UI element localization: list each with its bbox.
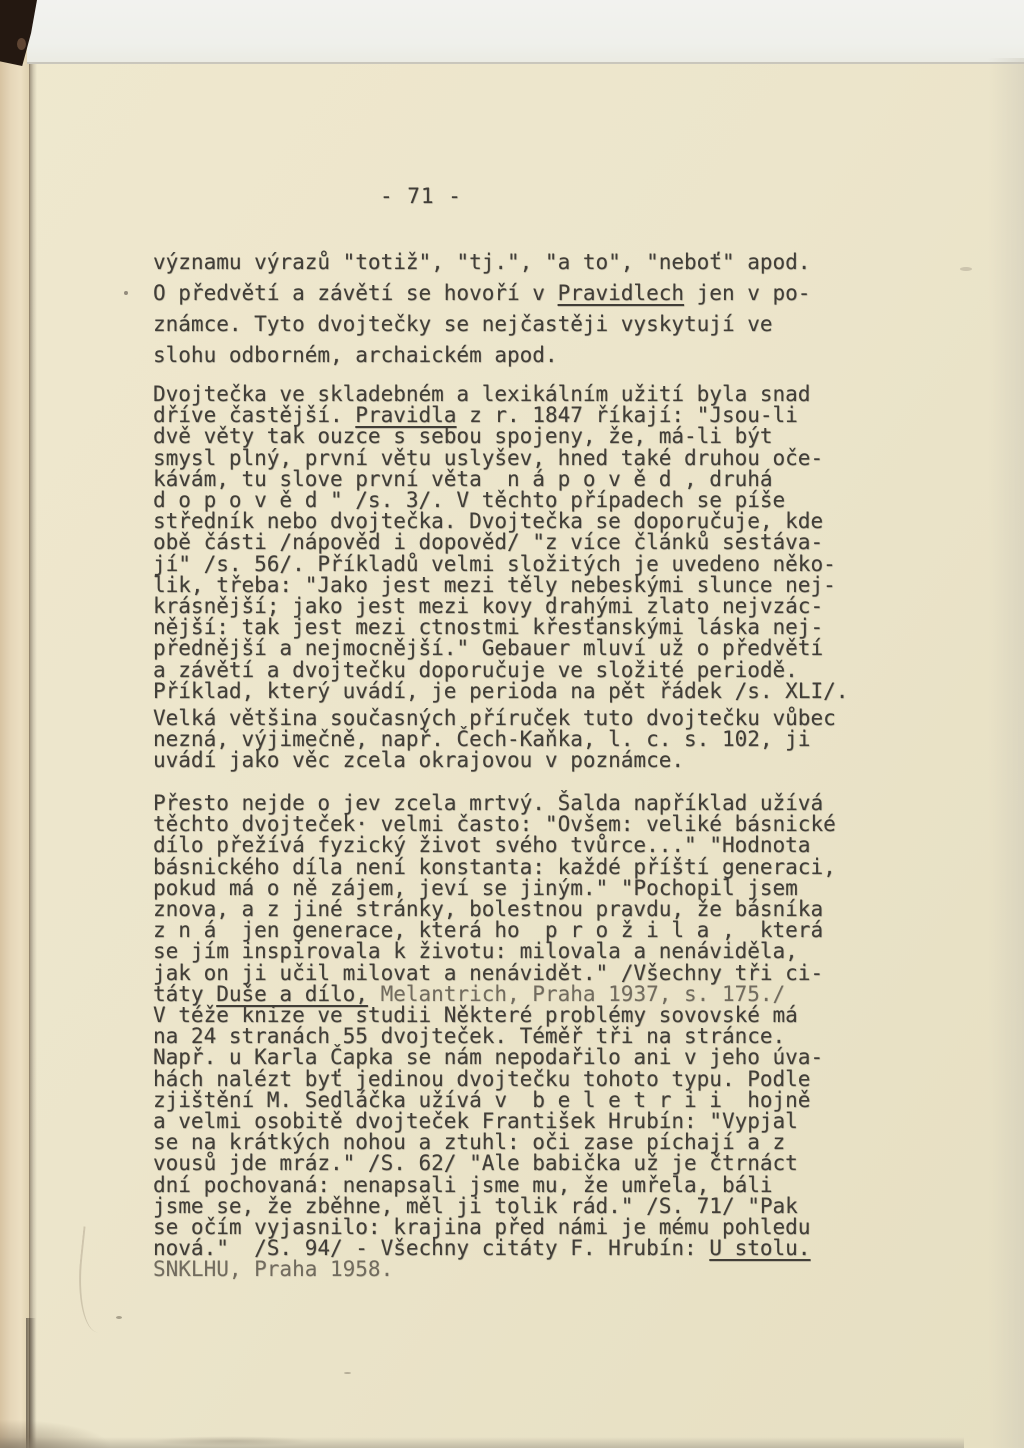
page-number: - 71 - [380,184,462,208]
text-line: přednější a nejmocnější." Gebauer mluví … [153,638,848,659]
corner-paper-speck [17,38,26,50]
text-line: pokud má o ně zájem, jeví se jiným." "Po… [153,878,836,899]
page-bottom-left-corner-shadow [0,1420,110,1448]
paragraph-history-pravidla-1847: Dvojtečka ve skladebném a lexikálním uži… [153,384,848,702]
text-line: Příklad, který uvádí, je perioda na pět … [153,681,848,702]
text-line: obě části /nápověd i dopověd/ "z více čl… [153,532,848,553]
text-line: SNKLHU, Praha 1958. [153,1259,836,1280]
underlined-text: U stolu. [709,1236,810,1260]
text-line: a závětí a dvojtečku doporučuje ve složi… [153,660,848,681]
text-line: dní pochovaná: nenapsali jsme mu, že umř… [153,1175,836,1196]
ink-speck [344,1372,351,1374]
page-gutter-shadow [29,0,37,1448]
text-line: lik, třeba: "Jako jest mezi těly nebeský… [153,575,848,596]
text-line: vousů jde mráz." /S. 62/ "Ale babička už… [153,1153,836,1174]
text-line: jí" /s. 56/. Příkladů velmi složitých je… [153,554,848,575]
text-line: slohu odborném, archaickém apod. [153,340,810,371]
text-line: známce. Tyto dvojtečky se nejčastěji vys… [153,309,810,340]
text-line: dílo přežívá fyzický život svého tvůrce.… [153,835,836,856]
text-segment: známce. Tyto dvojtečky se nejčastěji vys… [153,312,773,336]
text-line: O předvětí a závětí se hovoří v Pravidle… [153,278,810,309]
text-line: dvě věty tak ouzce s sebou spojeny, že, … [153,426,848,447]
text-line: významu výrazů "totiž", "tj.", "a to", "… [153,247,810,278]
text-line: Např. u Karla Čapka se nám nepodařilo an… [153,1047,836,1068]
paragraph-intro: významu výrazů "totiž", "tj.", "a to", "… [153,247,810,371]
text-line: uvádí jako věc zcela okrajovou v poznámc… [153,750,836,771]
text-line: kávám, tu slove první věta n á p o v ě d… [153,469,848,490]
text-line: táty Duše a dílo, Melantrich, Praha 1937… [153,984,836,1005]
text-segment: SNKLHU, Praha 1958. [153,1257,393,1281]
page-curl-shadow [150,1436,310,1446]
text-segment: jen v po- [684,281,810,305]
text-line: básnického díla není konstanta: každé př… [153,857,836,878]
text-line: nová." /S. 94/ - Všechny citáty F. Hrubí… [153,1238,836,1259]
book-left-page-edge [0,0,30,1448]
text-line: hách nalézt byť jedinou dvojtečku tohoto… [153,1069,836,1090]
ink-speck [960,267,972,271]
scan-top-margin [27,0,1024,64]
page-right-edge-shading [988,58,1024,1448]
paragraph-salda-hrubin-examples: Přesto nejde o jev zcela mrtvý. Šalda na… [153,793,836,1281]
underlined-text: Pravidlech [558,281,684,305]
text-line: jak on ji učil milovat a nenávidět." /Vš… [153,963,836,984]
text-segment: slohu odborném, archaickém apod. [153,343,558,367]
page-bottom-edge-shadow [0,1437,964,1448]
text-line: smysl plný, první větu uslyšev, hned tak… [153,448,848,469]
scanned-document-page: - 71 - významu výrazů "totiž", "tj.", "a… [0,0,1024,1448]
text-segment: Příklad, který uvádí, je perioda na pět … [153,679,848,703]
paragraph-current-handbooks: Velká většina současných příruček tuto d… [153,708,836,772]
text-segment: významu výrazů "totiž", "tj.", "a to", "… [153,250,810,274]
text-segment: uvádí jako věc zcela okrajovou v poznámc… [153,748,684,772]
ink-speck [124,291,128,295]
text-line: se jím inspirovala k životu: milovala a … [153,941,836,962]
ink-speck [116,1316,122,1319]
text-line: jsme se, že zběhne, měl ji tolik rád." /… [153,1196,836,1217]
text-segment: O předvětí a závětí se hovoří v [153,281,558,305]
text-line: zjištění M. Sedláčka užívá v b e l e t r… [153,1090,836,1111]
